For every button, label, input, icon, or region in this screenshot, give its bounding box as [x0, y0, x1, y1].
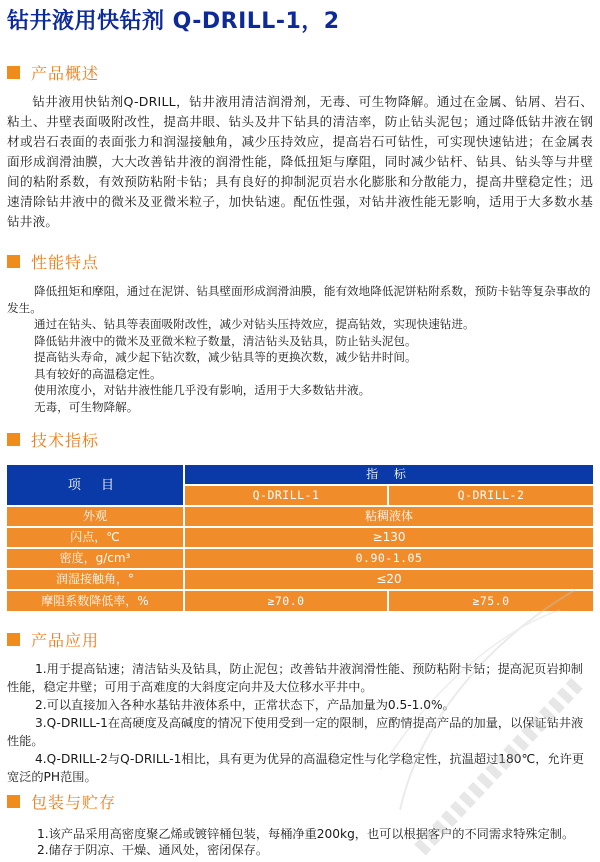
- page-title: 钻井液用快钻剂 Q-DRILL-1，2: [7, 4, 340, 35]
- list-item: 使用浓度小，对钻井液性能几乎没有影响，适用于大多数钻井液。: [7, 382, 593, 399]
- features-list: 降低扭矩和摩阻，通过在泥饼、钻具壁面形成润滑油膜，能有效地降低泥饼粘附系数，预防…: [7, 283, 593, 415]
- section-heading-label: 性能特点: [31, 250, 99, 273]
- section-heading-features: 性能特点: [7, 250, 99, 272]
- table-header-row: 项 目 指 标: [7, 465, 593, 486]
- list-item: 具有较好的高温稳定性。: [7, 366, 593, 383]
- section-heading-specs: 技术指标: [7, 428, 99, 450]
- row-value: ≤20: [185, 570, 593, 591]
- overview-text: 钻井液用快钻剂Q-DRILL，钻井液用清洁润滑剂，无毒、可生物降解。通过在金属、…: [7, 94, 593, 229]
- orange-square-icon: [7, 433, 20, 446]
- section-heading-application: 产品应用: [7, 628, 99, 650]
- section-heading-label: 产品应用: [31, 628, 99, 651]
- table-row: 闪点，℃ ≥130: [7, 528, 593, 549]
- overview-paragraph: 钻井液用快钻剂Q-DRILL，钻井液用清洁润滑剂，无毒、可生物降解。通过在金属、…: [7, 92, 593, 232]
- list-item: 2.可以直接加入各种水基钻井液体系中，正常状态下，产品加量为0.5-1.0%。: [7, 696, 593, 714]
- orange-square-icon: [7, 795, 20, 808]
- row-value: 0.90-1.05: [185, 549, 593, 570]
- list-item: 2.储存于阴凉、干燥、通风处，密闭保存。: [37, 843, 593, 859]
- orange-square-icon: [7, 66, 20, 79]
- orange-square-icon: [7, 633, 20, 646]
- section-heading-label: 产品概述: [31, 61, 99, 84]
- packaging-list: 1.该产品采用高密度聚乙烯或镀锌桶包装，每桶净重200kg，也可以根据客户的不同…: [37, 827, 593, 858]
- product-header-1: Q-DRILL-1: [185, 486, 389, 507]
- list-item: 1.用于提高钻速；清洁钻头及钻具，防止泥包；改善钻井液润滑性能、预防粘附卡钻；提…: [7, 660, 593, 696]
- list-item: 无毒，可生物降解。: [7, 399, 593, 416]
- list-item: 1.该产品采用高密度聚乙烯或镀锌桶包装，每桶净重200kg，也可以根据客户的不同…: [37, 827, 593, 843]
- list-item: 降低钻井液中的微米及亚微米粒子数量，清洁钻头及钻具，防止钻头泥包。: [7, 333, 593, 350]
- table-row: 润湿接触角，° ≤20: [7, 570, 593, 591]
- row-value: ≥130: [185, 528, 593, 549]
- row-item: 摩阻系数降低率，%: [7, 591, 185, 611]
- row-item: 密度，g/cm³: [7, 549, 185, 570]
- table-row: 摩阻系数降低率，% ≥70.0 ≥75.0: [7, 591, 593, 611]
- section-heading-label: 技术指标: [31, 428, 99, 451]
- spec-table: 项 目 指 标 Q-DRILL-1 Q-DRILL-2 外观 粘稠液体 闪点，℃…: [7, 465, 593, 611]
- list-item: 提高钻头寿命，减少起下钻次数，减少钻具等的更换次数，减少钻井时间。: [7, 349, 593, 366]
- list-item: 3.Q-DRILL-1在高硬度及高碱度的情况下使用受到一定的限制，应酌情提高产品…: [7, 714, 593, 750]
- list-item: 降低扭矩和摩阻，通过在泥饼、钻具壁面形成润滑油膜，能有效地降低泥饼粘附系数，预防…: [7, 283, 593, 316]
- section-heading-label: 包装与贮存: [31, 790, 116, 813]
- table-row: 外观 粘稠液体: [7, 507, 593, 528]
- row-value: 粘稠液体: [185, 507, 593, 528]
- table-row: 密度，g/cm³ 0.90-1.05: [7, 549, 593, 570]
- item-header: 项 目: [7, 465, 185, 507]
- section-heading-packaging: 包装与贮存: [7, 790, 116, 812]
- section-heading-overview: 产品概述: [7, 61, 99, 83]
- row-item: 润湿接触角，°: [7, 570, 185, 591]
- index-header: 指 标: [185, 465, 593, 486]
- application-list: 1.用于提高钻速；清洁钻头及钻具，防止泥包；改善钻井液润滑性能、预防粘附卡钻；提…: [7, 660, 593, 786]
- product-header-2: Q-DRILL-2: [389, 486, 593, 507]
- row-item: 闪点，℃: [7, 528, 185, 549]
- list-item: 通过在钻头、钻具等表面吸附改性，减少对钻头压持效应，提高钻效，实现快速钻进。: [7, 316, 593, 333]
- row-item: 外观: [7, 507, 185, 528]
- list-item: 4.Q-DRILL-2与Q-DRILL-1相比，具有更为优异的高温稳定性与化学稳…: [7, 750, 593, 786]
- orange-square-icon: [7, 255, 20, 268]
- row-value-2: ≥75.0: [389, 591, 593, 611]
- row-value-1: ≥70.0: [185, 591, 389, 611]
